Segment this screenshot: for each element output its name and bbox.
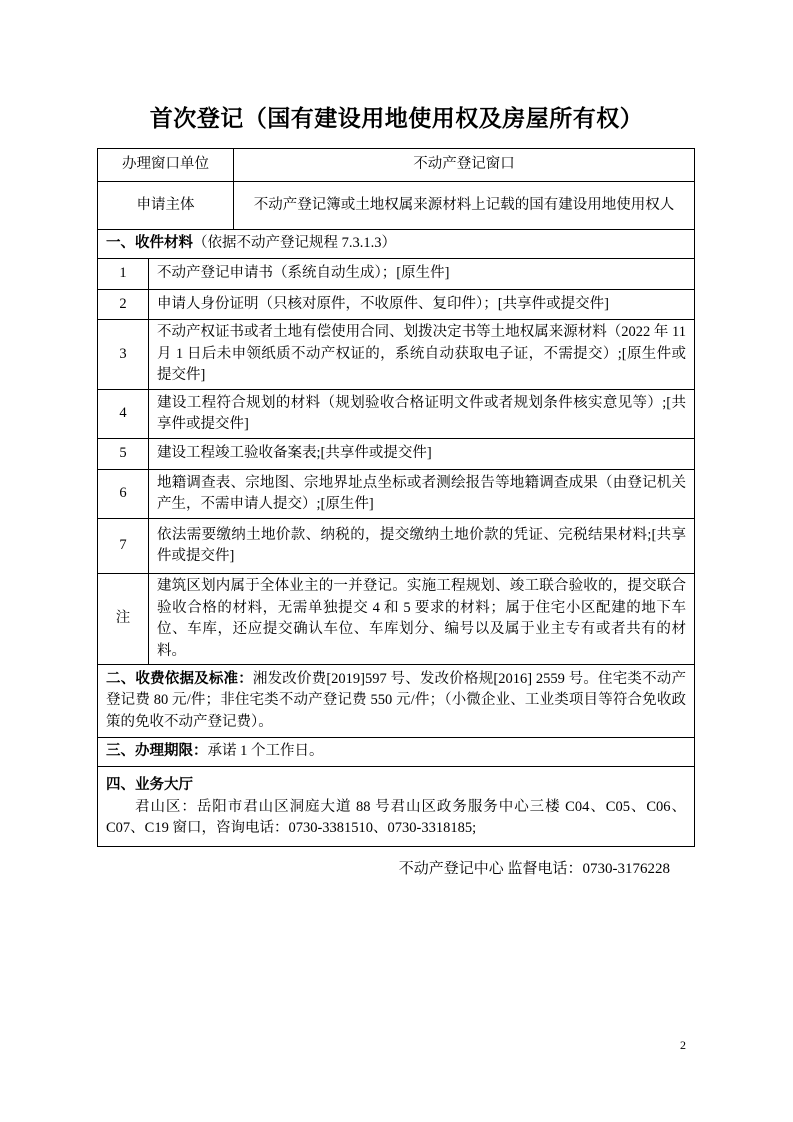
row-text: 建设工程竣工验收备案表;[共享件或提交件] [149,439,695,470]
section-fees-label: 二、收费依据及标准： [106,671,253,687]
row-number: 注 [98,574,149,665]
material-row: 7 依法需要缴纳土地价款、纳税的，提交缴纳土地价款的凭证、完税结果材料;[共享件… [98,519,695,574]
section-hall-cell: 四、业务大厅 君山区：岳阳市君山区洞庭大道 88 号君山区政务服务中心三楼 C0… [98,767,695,847]
section-materials-label: 一、收件材料 [106,235,193,251]
section-materials-cell: 一、收件材料（依据不动产登记规程 7.3.1.3） [98,230,695,259]
section-deadline-cell: 三、办理期限：承诺 1 个工作日。 [98,738,695,767]
row-text: 建筑区划内属于全体业主的一并登记。实施工程规划、竣工联合验收的，提交联合验收合格… [149,574,695,665]
page-title: 首次登记（国有建设用地使用权及房屋所有权） [0,100,793,133]
registration-table: 办理窗口单位 不动产登记窗口 申请主体 不动产登记簿或土地权属来源材料上记载的国… [97,148,695,847]
row-text: 建设工程符合规划的材料（规划验收合格证明文件或者规划条件核实意见等）;[共享件或… [149,390,695,439]
window-unit-label: 办理窗口单位 [98,149,234,182]
subject-label: 申请主体 [98,182,234,230]
material-row: 6 地籍调查表、宗地图、宗地界址点坐标或者测绘报告等地籍调查成果（由登记机关产生… [98,470,695,519]
section-materials-note: （依据不动产登记规程 7.3.1.3） [193,235,396,251]
page-number: 2 [680,1038,686,1053]
footer-contact: 不动产登记中心 监督电话：0730-3176228 [399,857,670,878]
section-deadline-row: 三、办理期限：承诺 1 个工作日。 [98,738,695,767]
row-number: 2 [98,290,149,320]
row-number: 1 [98,259,149,290]
section-fees-row: 二、收费依据及标准：湘发改价费[2019]597 号、发改价格规[2016] 2… [98,665,695,738]
row-text: 申请人身份证明（只核对原件，不收原件、复印件）；[共享件或提交件] [149,290,695,320]
material-row: 3 不动产权证书或者土地有偿使用合同、划拨决定书等土地权属来源材料（2022 年… [98,320,695,390]
row-text: 依法需要缴纳土地价款、纳税的，提交缴纳土地价款的凭证、完税结果材料;[共享件或提… [149,519,695,574]
row-text: 不动产登记申请书（系统自动生成）；[原生件] [149,259,695,290]
subject-value: 不动产登记簿或土地权属来源材料上记载的国有建设用地使用权人 [234,182,695,230]
section-fees-cell: 二、收费依据及标准：湘发改价费[2019]597 号、发改价格规[2016] 2… [98,665,695,738]
row-number: 5 [98,439,149,470]
section-hall-text: 君山区：岳阳市君山区洞庭大道 88 号君山区政务服务中心三楼 C04、C05、C… [106,797,686,840]
document-page: 首次登记（国有建设用地使用权及房屋所有权） 办理窗口单位 不动产登记窗口 申请主… [0,0,793,1122]
section-deadline-label: 三、办理期限： [106,743,208,759]
row-number: 4 [98,390,149,439]
section-hall-label: 四、业务大厅 [106,775,686,797]
row-number: 6 [98,470,149,519]
section-deadline-text: 承诺 1 个工作日。 [208,743,324,759]
table-row: 申请主体 不动产登记簿或土地权属来源材料上记载的国有建设用地使用权人 [98,182,695,230]
window-unit-value: 不动产登记窗口 [234,149,695,182]
material-row: 2 申请人身份证明（只核对原件，不收原件、复印件）；[共享件或提交件] [98,290,695,320]
section-hall-row: 四、业务大厅 君山区：岳阳市君山区洞庭大道 88 号君山区政务服务中心三楼 C0… [98,767,695,847]
row-text: 不动产权证书或者土地有偿使用合同、划拨决定书等土地权属来源材料（2022 年 1… [149,320,695,390]
note-row: 注 建筑区划内属于全体业主的一并登记。实施工程规划、竣工联合验收的，提交联合验收… [98,574,695,665]
row-text: 地籍调查表、宗地图、宗地界址点坐标或者测绘报告等地籍调查成果（由登记机关产生，不… [149,470,695,519]
row-number: 7 [98,519,149,574]
section-materials-header: 一、收件材料（依据不动产登记规程 7.3.1.3） [98,230,695,259]
material-row: 1 不动产登记申请书（系统自动生成）；[原生件] [98,259,695,290]
table-row: 办理窗口单位 不动产登记窗口 [98,149,695,182]
material-row: 4 建设工程符合规划的材料（规划验收合格证明文件或者规划条件核实意见等）;[共享… [98,390,695,439]
material-row: 5 建设工程竣工验收备案表;[共享件或提交件] [98,439,695,470]
row-number: 3 [98,320,149,390]
